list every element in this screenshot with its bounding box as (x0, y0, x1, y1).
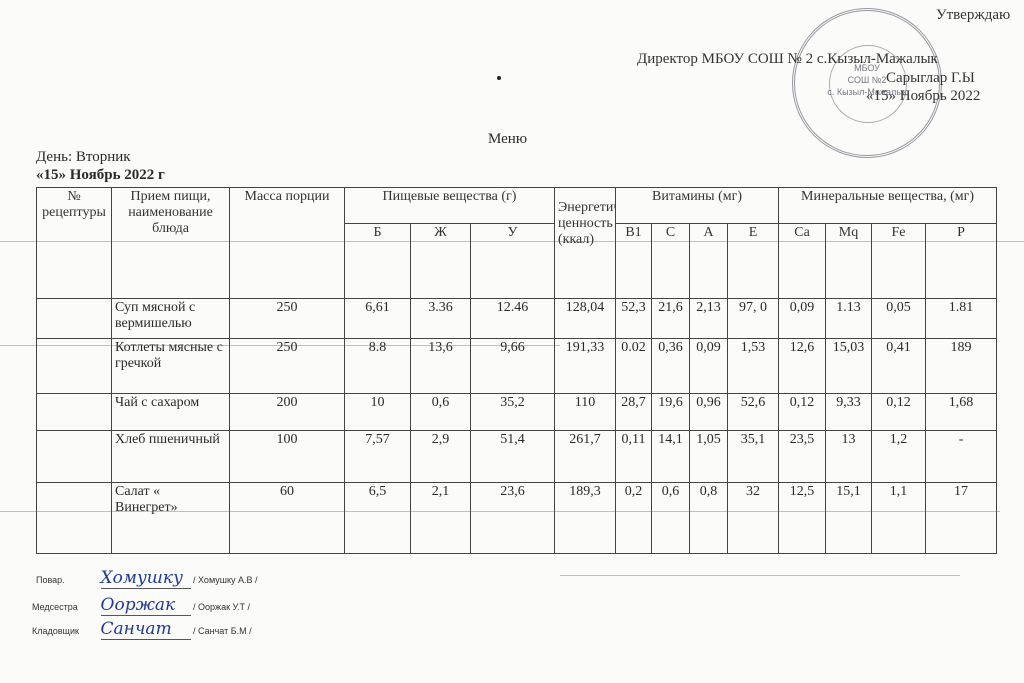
table-row: Котлеты мясные с гречкой2508.813,69,6619… (37, 339, 997, 394)
cell-a: 0,8 (690, 483, 728, 554)
cell-energy: 189,3 (555, 483, 616, 554)
cell-fe: 1,1 (872, 483, 926, 554)
handwritten-signature: Санчат (101, 619, 191, 640)
signature-storekeeper: Кладовщик Санчат / Санчат Б.М / (32, 619, 252, 640)
scan-streak (560, 575, 960, 576)
header-fat: Ж (411, 224, 471, 299)
cell-b: 8.8 (345, 339, 411, 394)
cell-fe: 0,41 (872, 339, 926, 394)
handwritten-signature: Ооржак (101, 595, 191, 616)
header-protein: Б (345, 224, 411, 299)
cell-mass: 200 (230, 394, 345, 431)
cell-mg: 15,1 (826, 483, 872, 554)
cell-u: 12.46 (471, 299, 555, 339)
cell-b1: 28,7 (616, 394, 652, 431)
cell-p: 1,68 (926, 394, 997, 431)
cell-recipe (37, 394, 112, 431)
cell-zh: 0,6 (411, 394, 471, 431)
cell-b: 6,5 (345, 483, 411, 554)
cell-recipe (37, 339, 112, 394)
cell-energy: 128,04 (555, 299, 616, 339)
approval-title: Утверждаю (936, 6, 1010, 25)
scan-streak (0, 345, 560, 346)
cell-zh: 3.36 (411, 299, 471, 339)
header-vit-e: E (728, 224, 779, 299)
cell-b1: 0,11 (616, 431, 652, 483)
signature-name: / Санчат Б.М / (193, 626, 252, 636)
cell-p: 1.81 (926, 299, 997, 339)
date-label: «15» Ноябрь 2022 г (36, 167, 165, 184)
signature-role: Медсестра (32, 602, 98, 612)
signature-name: / Ооржак У.Т / (193, 602, 250, 612)
cell-e: 1,53 (728, 339, 779, 394)
cell-u: 35,2 (471, 394, 555, 431)
cell-b: 7,57 (345, 431, 411, 483)
cell-fe: 0,05 (872, 299, 926, 339)
cell-dish: Котлеты мясные с гречкой (112, 339, 230, 394)
header-ca: Ca (779, 224, 826, 299)
cell-dish: Суп мясной с вермишелью (112, 299, 230, 339)
cell-energy: 261,7 (555, 431, 616, 483)
cell-mass: 100 (230, 431, 345, 483)
signature-name: / Хомушку А.В / (193, 575, 257, 585)
header-recipe-no: № рецептуры (37, 188, 112, 299)
cell-c: 0,6 (652, 483, 690, 554)
cell-mass: 250 (230, 299, 345, 339)
cell-u: 51,4 (471, 431, 555, 483)
approval-date: «15» Ноябрь 2022 (866, 87, 980, 106)
handwritten-signature: Хомушку (101, 568, 191, 589)
signature-role: Кладовщик (32, 626, 98, 636)
cell-mg: 1.13 (826, 299, 872, 339)
table-row: Чай с сахаром200100,635,211028,719,60,96… (37, 394, 997, 431)
header-fe: Fe (872, 224, 926, 299)
cell-e: 35,1 (728, 431, 779, 483)
cell-ca: 12,5 (779, 483, 826, 554)
header-mg: Mq (826, 224, 872, 299)
cell-a: 0,09 (690, 339, 728, 394)
header-energy: Энергетическая ценность (ккал) (555, 188, 616, 299)
cell-ca: 0,12 (779, 394, 826, 431)
signature-nurse: Медсестра Ооржак / Ооржак У.Т / (32, 595, 250, 616)
header-minerals: Минеральные вещества, (мг) (779, 188, 997, 224)
cell-recipe (37, 299, 112, 339)
header-vit-a: A (690, 224, 728, 299)
day-label: День: Вторник (36, 149, 131, 166)
cell-b: 6,61 (345, 299, 411, 339)
header-vit-c: C (652, 224, 690, 299)
scan-streak (0, 511, 1000, 512)
cell-dish: Чай с сахаром (112, 394, 230, 431)
cell-energy: 191,33 (555, 339, 616, 394)
cell-mg: 13 (826, 431, 872, 483)
cell-p: 189 (926, 339, 997, 394)
cell-recipe (37, 483, 112, 554)
cell-fe: 1,2 (872, 431, 926, 483)
cell-b: 10 (345, 394, 411, 431)
cell-a: 2,13 (690, 299, 728, 339)
cell-c: 21,6 (652, 299, 690, 339)
table-row: Хлеб пшеничный1007,572,951,4261,70,1114,… (37, 431, 997, 483)
cell-zh: 2,1 (411, 483, 471, 554)
approval-name: Сарыглар Г.Ы (886, 69, 975, 88)
cell-ca: 23,5 (779, 431, 826, 483)
cell-b1: 0,2 (616, 483, 652, 554)
cell-a: 0,96 (690, 394, 728, 431)
cell-fe: 0,12 (872, 394, 926, 431)
header-dish: Прием пищи, наименование блюда (112, 188, 230, 299)
cell-dish: Салат « Винегрет» (112, 483, 230, 554)
cell-c: 0,36 (652, 339, 690, 394)
cell-u: 23,6 (471, 483, 555, 554)
header-p: P (926, 224, 997, 299)
header-carbs: У (471, 224, 555, 299)
cell-ca: 12,6 (779, 339, 826, 394)
cell-dish: Хлеб пшеничный (112, 431, 230, 483)
stray-dot (497, 76, 501, 80)
table-row: Салат « Винегрет»606,52,123,6189,30,20,6… (37, 483, 997, 554)
cell-e: 97, 0 (728, 299, 779, 339)
cell-ca: 0,09 (779, 299, 826, 339)
cell-p: 17 (926, 483, 997, 554)
header-nutrients: Пищевые вещества (г) (345, 188, 555, 224)
menu-table: № рецептуры Прием пищи, наименование блю… (36, 187, 997, 554)
cell-zh: 13,6 (411, 339, 471, 394)
cell-mg: 15,03 (826, 339, 872, 394)
cell-energy: 110 (555, 394, 616, 431)
table-row: Суп мясной с вермишелью2506,613.3612.461… (37, 299, 997, 339)
cell-c: 19,6 (652, 394, 690, 431)
cell-mg: 9,33 (826, 394, 872, 431)
cell-p: - (926, 431, 997, 483)
cell-a: 1,05 (690, 431, 728, 483)
header-vit-b1: B1 (616, 224, 652, 299)
cell-b1: 52,3 (616, 299, 652, 339)
cell-zh: 2,9 (411, 431, 471, 483)
cell-u: 9,66 (471, 339, 555, 394)
cell-recipe (37, 431, 112, 483)
cell-e: 52,6 (728, 394, 779, 431)
approval-director: Директор МБОУ СОШ № 2 с.Кызыл-Мажалык (637, 50, 938, 69)
signature-cook: Повар. Хомушку / Хомушку А.В / (36, 568, 258, 589)
header-vitamins: Витамины (мг) (616, 188, 779, 224)
document-title: Меню (488, 131, 527, 148)
scan-streak (0, 241, 1024, 242)
cell-mass: 60 (230, 483, 345, 554)
cell-e: 32 (728, 483, 779, 554)
cell-mass: 250 (230, 339, 345, 394)
cell-c: 14,1 (652, 431, 690, 483)
header-mass: Масса порции (230, 188, 345, 299)
cell-b1: 0.02 (616, 339, 652, 394)
signature-role: Повар. (36, 575, 98, 585)
